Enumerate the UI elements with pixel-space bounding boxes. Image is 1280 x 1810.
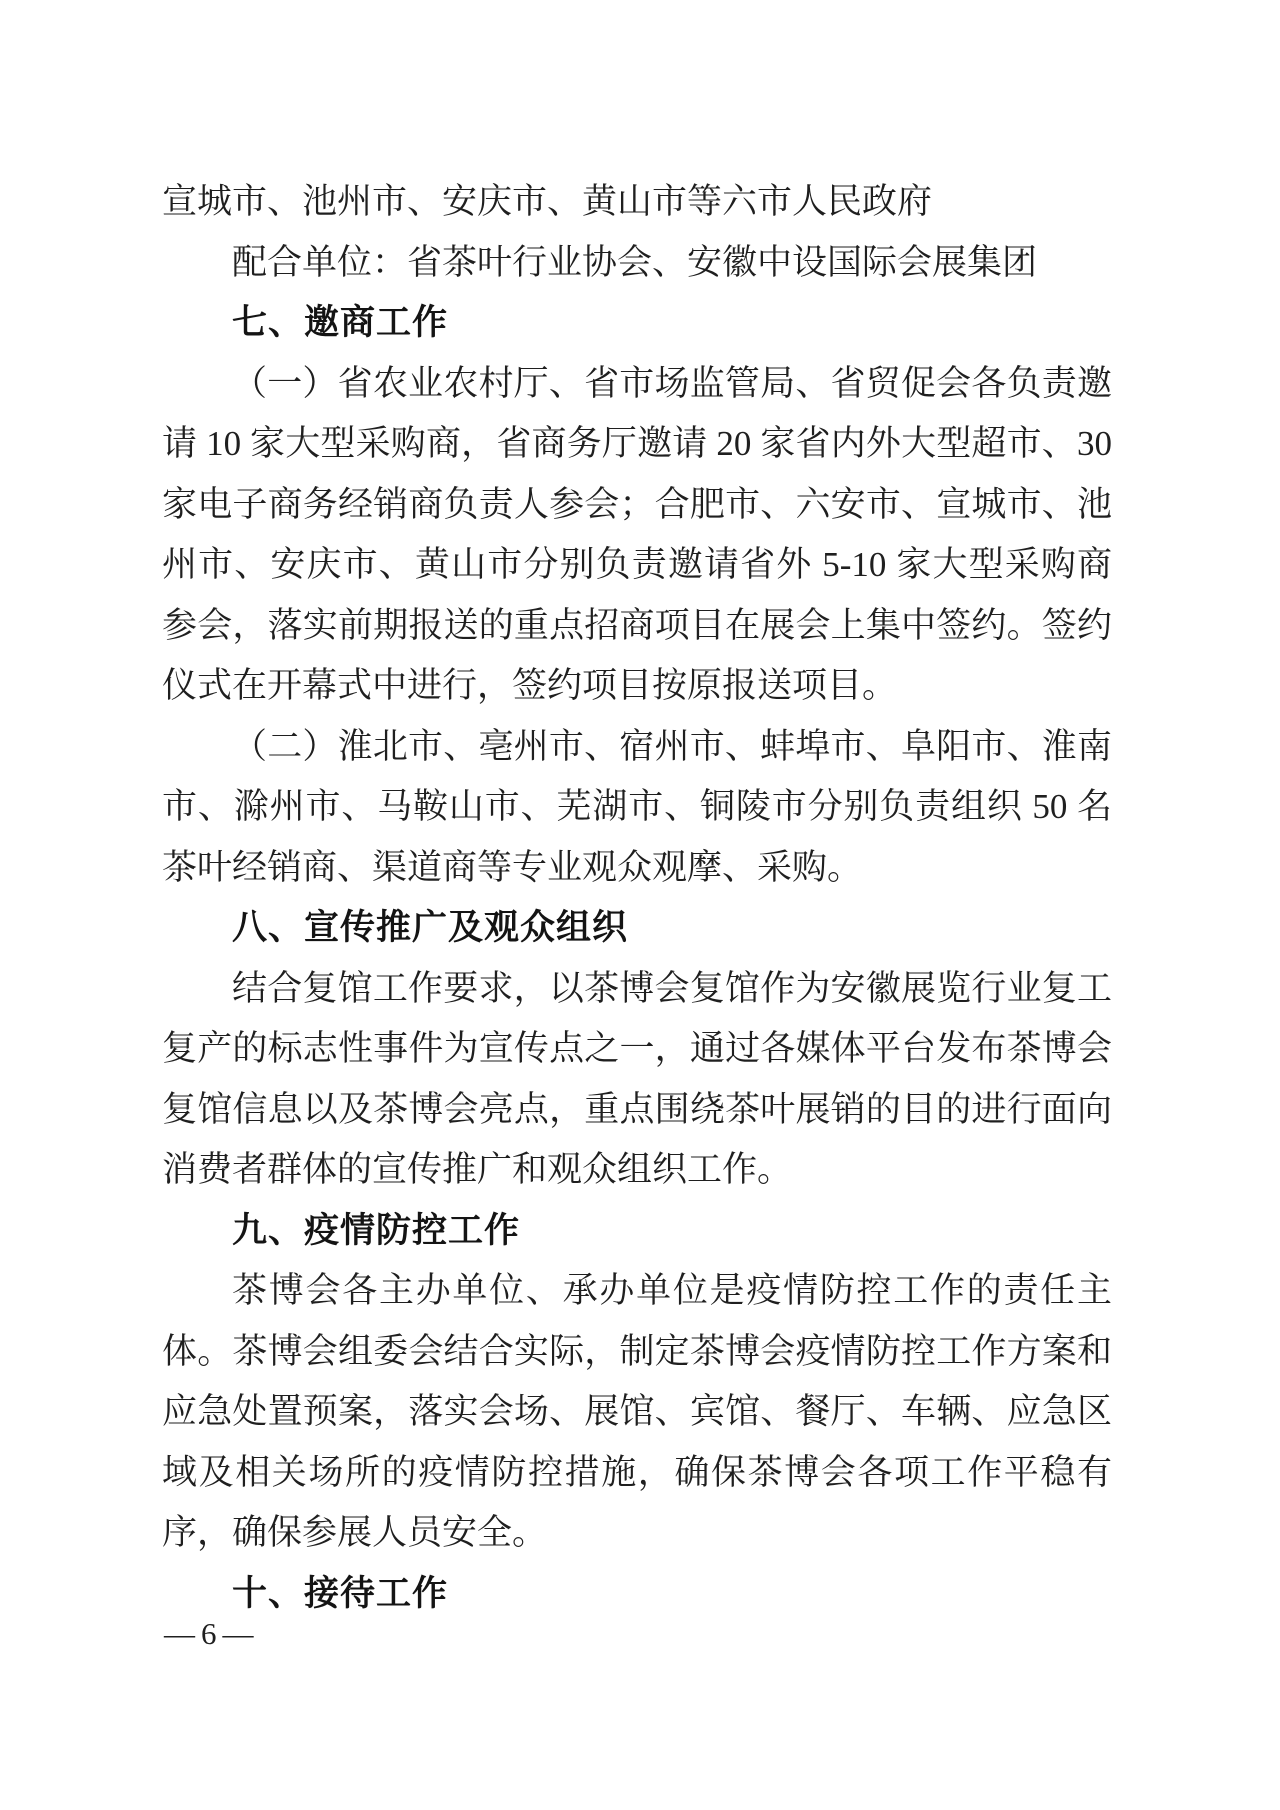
paragraph-invitation-item-1: （一）省农业农村厅、省市场监管局、省贸促会各负责邀请 10 家大型采购商，省商务… — [162, 354, 1112, 717]
paragraph-host-units-continued: 宣城市、池州市、安庆市、黄山市等六市人民政府 — [162, 172, 1112, 233]
section-heading-publicity-audience: 八、宣传推广及观众组织 — [162, 898, 1112, 959]
section-heading-epidemic-prevention: 九、疫情防控工作 — [162, 1201, 1112, 1262]
paragraph-invitation-item-2: （二）淮北市、亳州市、宿州市、蚌埠市、阜阳市、淮南市、滁州市、马鞍山市、芜湖市、… — [162, 717, 1112, 899]
document-page: 宣城市、池州市、安庆市、黄山市等六市人民政府 配合单位：省茶叶行业协会、安徽中设… — [0, 0, 1280, 1810]
document-body: 宣城市、池州市、安庆市、黄山市等六市人民政府 配合单位：省茶叶行业协会、安徽中设… — [162, 172, 1112, 1624]
section-heading-merchant-invitation: 七、邀商工作 — [162, 293, 1112, 354]
section-heading-reception: 十、接待工作 — [162, 1564, 1112, 1625]
paragraph-publicity-audience: 结合复馆工作要求，以茶博会复馆作为安徽展览行业复工复产的标志性事件为宣传点之一，… — [162, 959, 1112, 1201]
page-number: —6— — [164, 1616, 260, 1652]
paragraph-epidemic-prevention: 茶博会各主办单位、承办单位是疫情防控工作的责任主体。茶博会组委会结合实际，制定茶… — [162, 1261, 1112, 1564]
paragraph-supporting-units: 配合单位：省茶叶行业协会、安徽中设国际会展集团 — [162, 233, 1112, 294]
